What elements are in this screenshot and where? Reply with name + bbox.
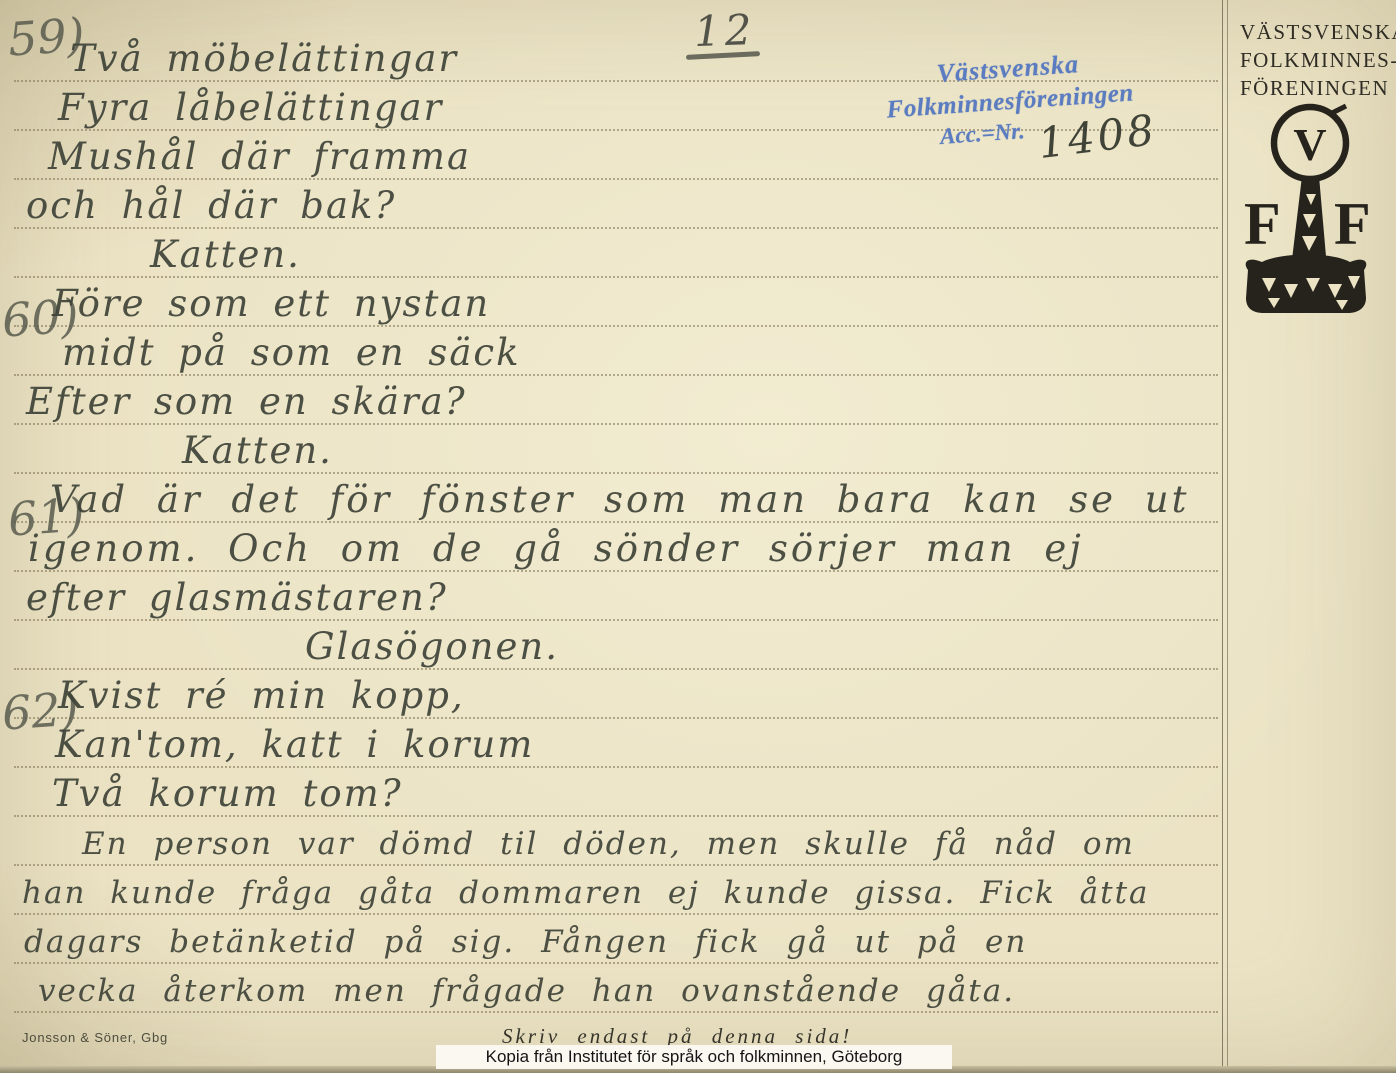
manuscript-line: han kunde fråga gåta dommaren ej kunde g… [22, 876, 1150, 912]
ruled-line [14, 1011, 1218, 1013]
logo-letter-f-left: F [1244, 191, 1281, 257]
ruled-line [14, 962, 1218, 964]
manuscript-line: efter glasmästaren? [26, 577, 448, 620]
ruled-line [14, 668, 1218, 670]
logo-circle-nub [1332, 106, 1346, 113]
margin-header-line3: FÖRENINGEN [1240, 74, 1396, 102]
manuscript-line: Två korum tom? [52, 773, 403, 816]
copy-caption-text: Kopia från Institutet för språk och folk… [486, 1047, 903, 1067]
manuscript-line: En person var dömd til döden, men skulle… [82, 827, 1135, 863]
manuscript-line: Katten. [182, 430, 333, 473]
manuscript-line: Kan'tom, katt i korum [55, 724, 534, 767]
logo-letter-f-right: F [1334, 191, 1371, 257]
manuscript-line: Mushål där framma [48, 136, 471, 179]
ruled-line [14, 864, 1218, 866]
logo-letter-v: V [1293, 119, 1326, 170]
manuscript-line: Efter som en skära? [26, 381, 467, 424]
ruled-line [14, 913, 1218, 915]
margin-header-line1: VÄSTSVENSKA [1240, 18, 1396, 46]
manuscript-line: och hål där bak? [26, 185, 396, 228]
manuscript-line: Katten. [150, 234, 301, 277]
page-number: 12 [693, 5, 756, 56]
manuscript-line: dagars betänketid på sig. Fången fick gå… [24, 925, 1027, 961]
scanned-document-page: 12 Västsvenska Folkminnesföreningen Acc.… [0, 0, 1396, 1073]
manuscript-line: Två möbelättingar [70, 38, 458, 81]
margin-society-name: VÄSTSVENSKA FOLKMINNES- FÖRENINGEN [1240, 18, 1396, 102]
manuscript-line: Fyra låbelättingar [58, 87, 443, 130]
logo-hammer-head [1246, 255, 1367, 314]
manuscript-line: vecka återkom men frågade han ovanståend… [38, 974, 1015, 1010]
vff-thors-hammer-logo-icon: V F F [1240, 102, 1372, 322]
manuscript-line: igenom. Och om de gå sönder sörjer man e… [28, 528, 1084, 571]
manuscript-line: Kvist ré min kopp, [58, 675, 465, 718]
manuscript-line: midt på som en säck [62, 332, 521, 375]
printer-mark: Jonsson & Söner, Gbg [22, 1030, 168, 1045]
manuscript-line: Glasögonen. [305, 626, 559, 669]
margin-divider-rule [1222, 0, 1228, 1073]
margin-header-line2: FOLKMINNES- [1240, 46, 1396, 74]
copy-caption-bar: Kopia från Institutet för språk och folk… [436, 1045, 952, 1069]
manuscript-line: Vad är det för fönster som man bara kan … [50, 479, 1189, 522]
manuscript-line: Före som ett nystan [52, 283, 490, 326]
